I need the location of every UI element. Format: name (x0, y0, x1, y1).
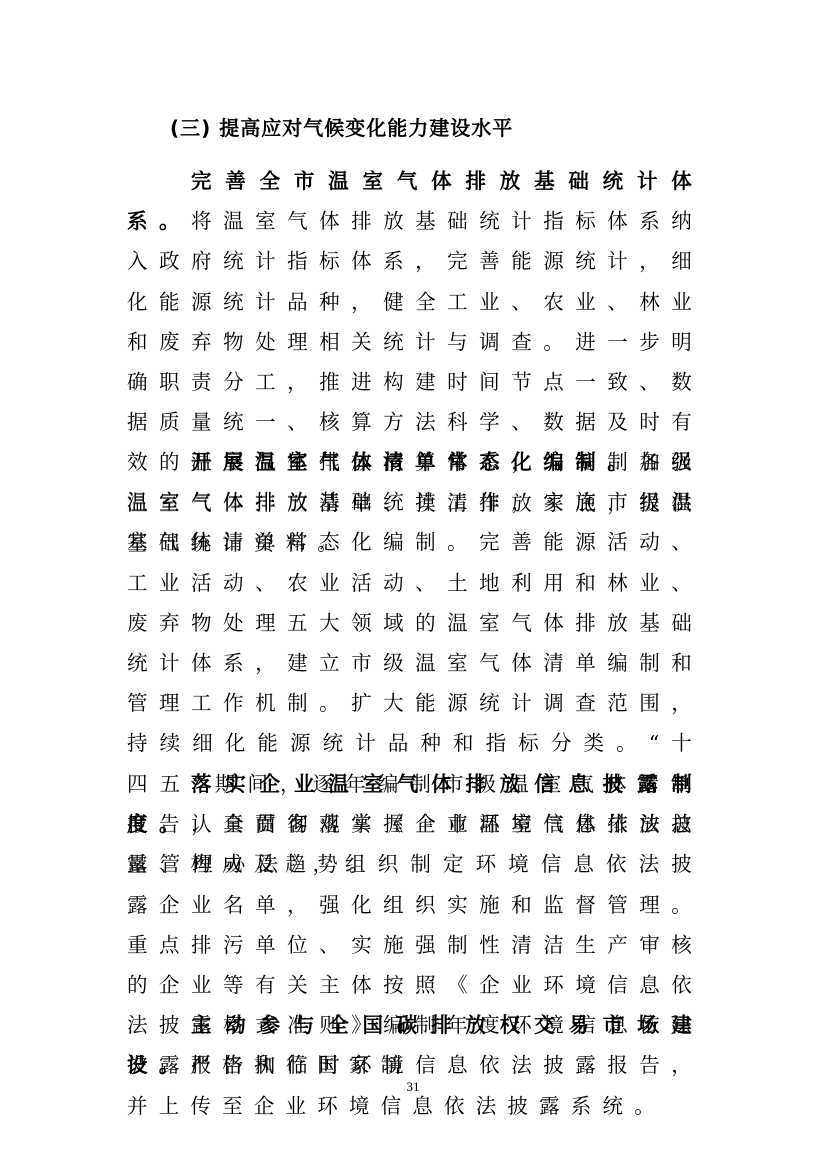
paragraph-lead: 开展温室气体清单常态化编制。 (191, 450, 639, 474)
paragraph-body: 严格执行国家制 (190, 1053, 412, 1077)
page-number: 31 (0, 1079, 826, 1095)
section-heading: (三) 提高应对气候变化能力建设水平 (170, 112, 513, 141)
paragraph-carbon-market: 主动参与全国碳排放权交易市场建设。严格执行国家制 (127, 1005, 703, 1085)
